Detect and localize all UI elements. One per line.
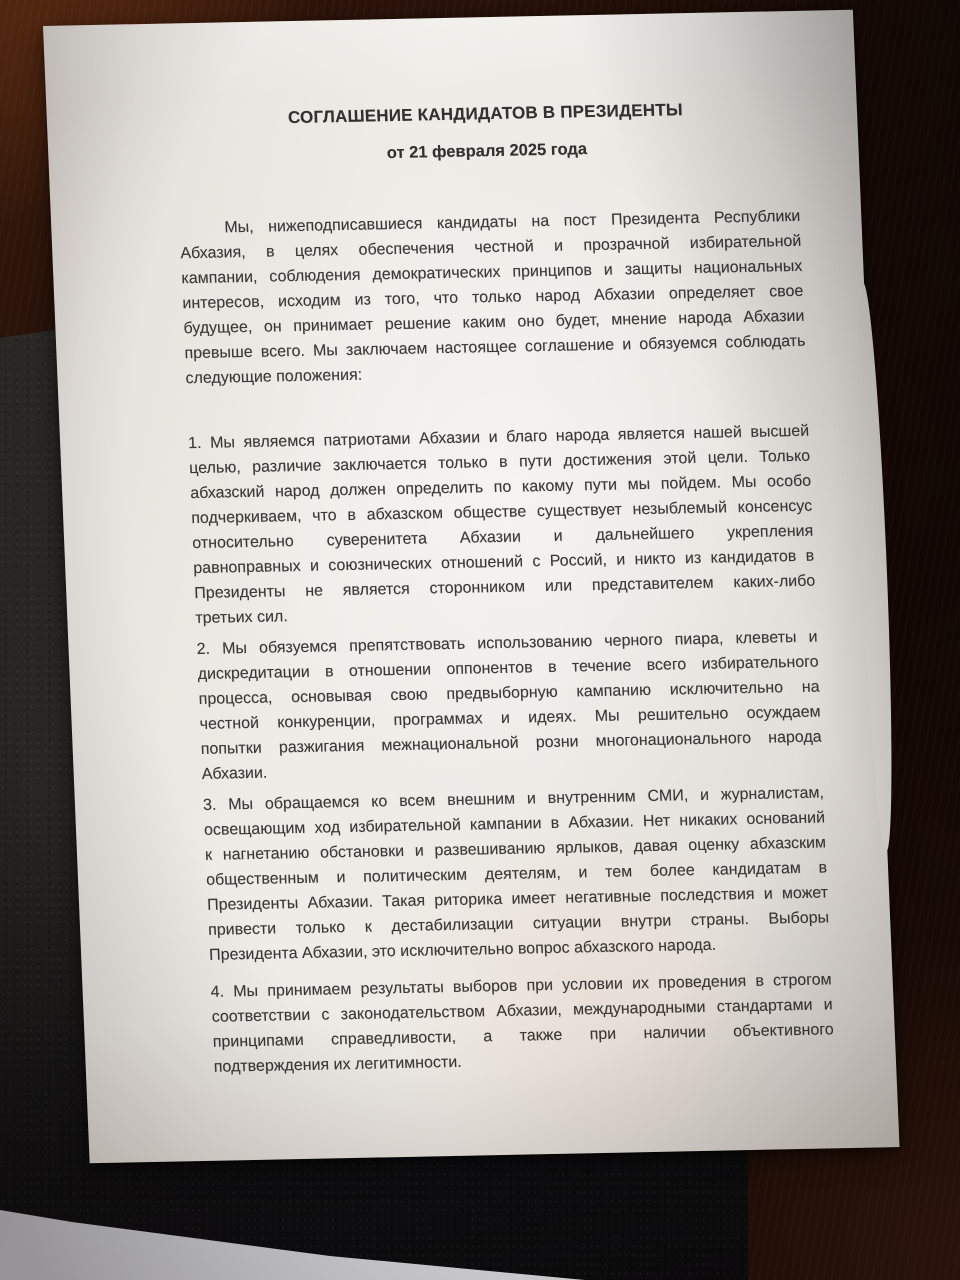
document-date: от 21 февраля 2025 года xyxy=(176,133,798,170)
agreement-paper: СОГЛАШЕНИЕ КАНДИДАТОВ В ПРЕЗИДЕНТЫ от 21… xyxy=(43,10,900,1164)
document-title: СОГЛАШЕНИЕ КАНДИДАТОВ В ПРЕЗИДЕНТЫ xyxy=(174,95,796,132)
paragraph: 2. Мы обязуемся препятствовать использов… xyxy=(196,625,823,787)
paragraph: 3. Мы обращаемся ко всем внешним и внутр… xyxy=(203,780,831,967)
paragraph: 1. Мы являемся патриотами Абхазии и благ… xyxy=(188,419,817,631)
paragraph: 4. Мы принимаем результаты выборов при у… xyxy=(210,967,835,1079)
document-text: СОГЛАШЕНИЕ КАНДИДАТОВ В ПРЕЗИДЕНТЫ от 21… xyxy=(43,10,900,1164)
document-body: Мы, нижеподписавшиеся кандидаты на пост … xyxy=(179,204,835,1080)
paragraph: Мы, нижеподписавшиеся кандидаты на пост … xyxy=(179,204,807,391)
